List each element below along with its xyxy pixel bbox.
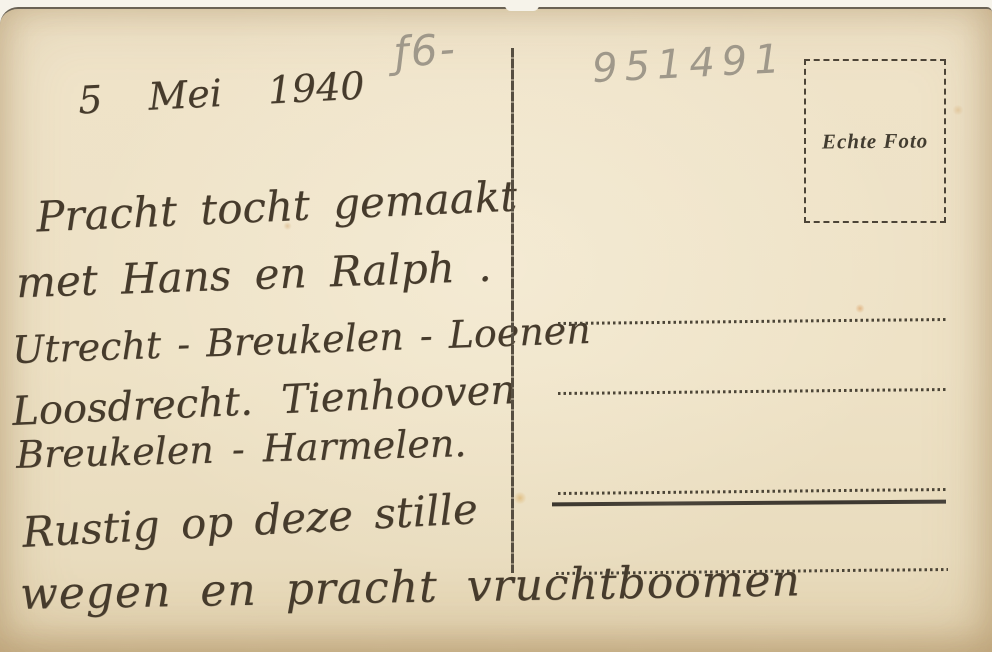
message-line: Breukelen - Harmelen. bbox=[16, 424, 467, 474]
divider-line bbox=[511, 48, 514, 573]
stamp-box-label: Echte Foto bbox=[822, 128, 928, 154]
foxing-spot bbox=[952, 105, 964, 115]
message-line: wegen en pracht vruchtboomen bbox=[20, 559, 801, 617]
pencil-price-mark: ƒ6- bbox=[393, 28, 458, 74]
stamp-box: Echte Foto bbox=[804, 59, 946, 223]
scanned-postcard-back: 5 Mei 1940 Pracht tocht gemaakt met Hans… bbox=[0, 0, 992, 652]
foxing-spot bbox=[855, 304, 865, 313]
torn-edge-notch bbox=[505, 5, 539, 11]
foxing-spot bbox=[513, 492, 527, 504]
pencil-inventory-number: 951491 bbox=[591, 39, 788, 89]
